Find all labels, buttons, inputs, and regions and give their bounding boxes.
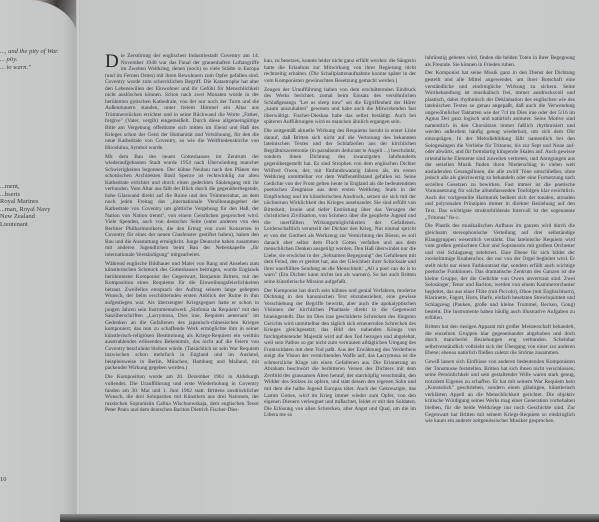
paragraph: Die Zerstörung der englischen Industries… [105, 53, 259, 151]
left-page: ..., and the pity of War. ... pity. ... … [0, 0, 78, 522]
text-column-3: inbrünstig gebeten wird, finden die beid… [425, 55, 575, 427]
drop-cap: D [105, 54, 119, 69]
background-table-edge [60, 514, 599, 522]
left-list-item: ...bserts [0, 191, 51, 199]
left-list-item: ...man, Royal Navy [0, 206, 51, 214]
paragraph: Die Plastik des musikalischen Aufbaus im… [425, 223, 575, 321]
text-column-2: kau, zu besetzen, konnte leider nicht ga… [264, 58, 416, 421]
text-column-1: Die Zerstörung der englischen Industries… [105, 53, 259, 416]
left-quote-line: ... to warn." [0, 64, 31, 71]
paragraph: Der Komponist hat seine Musik ganz in de… [425, 70, 575, 221]
page-number: 10 [0, 476, 7, 483]
paragraph: kau, zu besetzen, konnte leider nicht ga… [264, 58, 416, 84]
paragraph: Britten hat den riesigen Apparat mit gro… [425, 324, 575, 357]
paragraph: Die Komposition wurde am 20. Dezember 19… [105, 374, 259, 413]
paragraph-text: ie Zerstörung der englischen Industriest… [105, 53, 259, 151]
paragraph: Gewiß lassen sich Einflüsse von anderen … [425, 359, 575, 424]
left-list-item: Lieutenant [0, 221, 51, 229]
paragraph: Zeugen der Uraufführung haben von dem er… [264, 87, 416, 126]
left-list-item: ...ment, [0, 183, 51, 191]
left-quote-line: ... pity. [0, 56, 18, 63]
left-list-item: Royal Marines [0, 198, 51, 206]
paragraph: Der Komponist hat durch sein kühnes und … [264, 288, 416, 419]
paragraph: Mit dem Bau des neuen Gotteshauses im Ze… [105, 154, 259, 259]
paragraph: Während englische Bildhauer und Maler vo… [105, 261, 259, 372]
paragraph: inbrünstig gebeten wird, finden die beid… [425, 55, 575, 68]
left-quote-line: ..., and the pity of War. [0, 48, 59, 55]
paragraph: Die zeitgemäß aktuelle Wirkung des Requi… [264, 128, 416, 285]
left-list: ...ment, ...bserts Royal Marines ...man,… [0, 183, 51, 228]
left-list-item: New Zealand [0, 213, 51, 221]
